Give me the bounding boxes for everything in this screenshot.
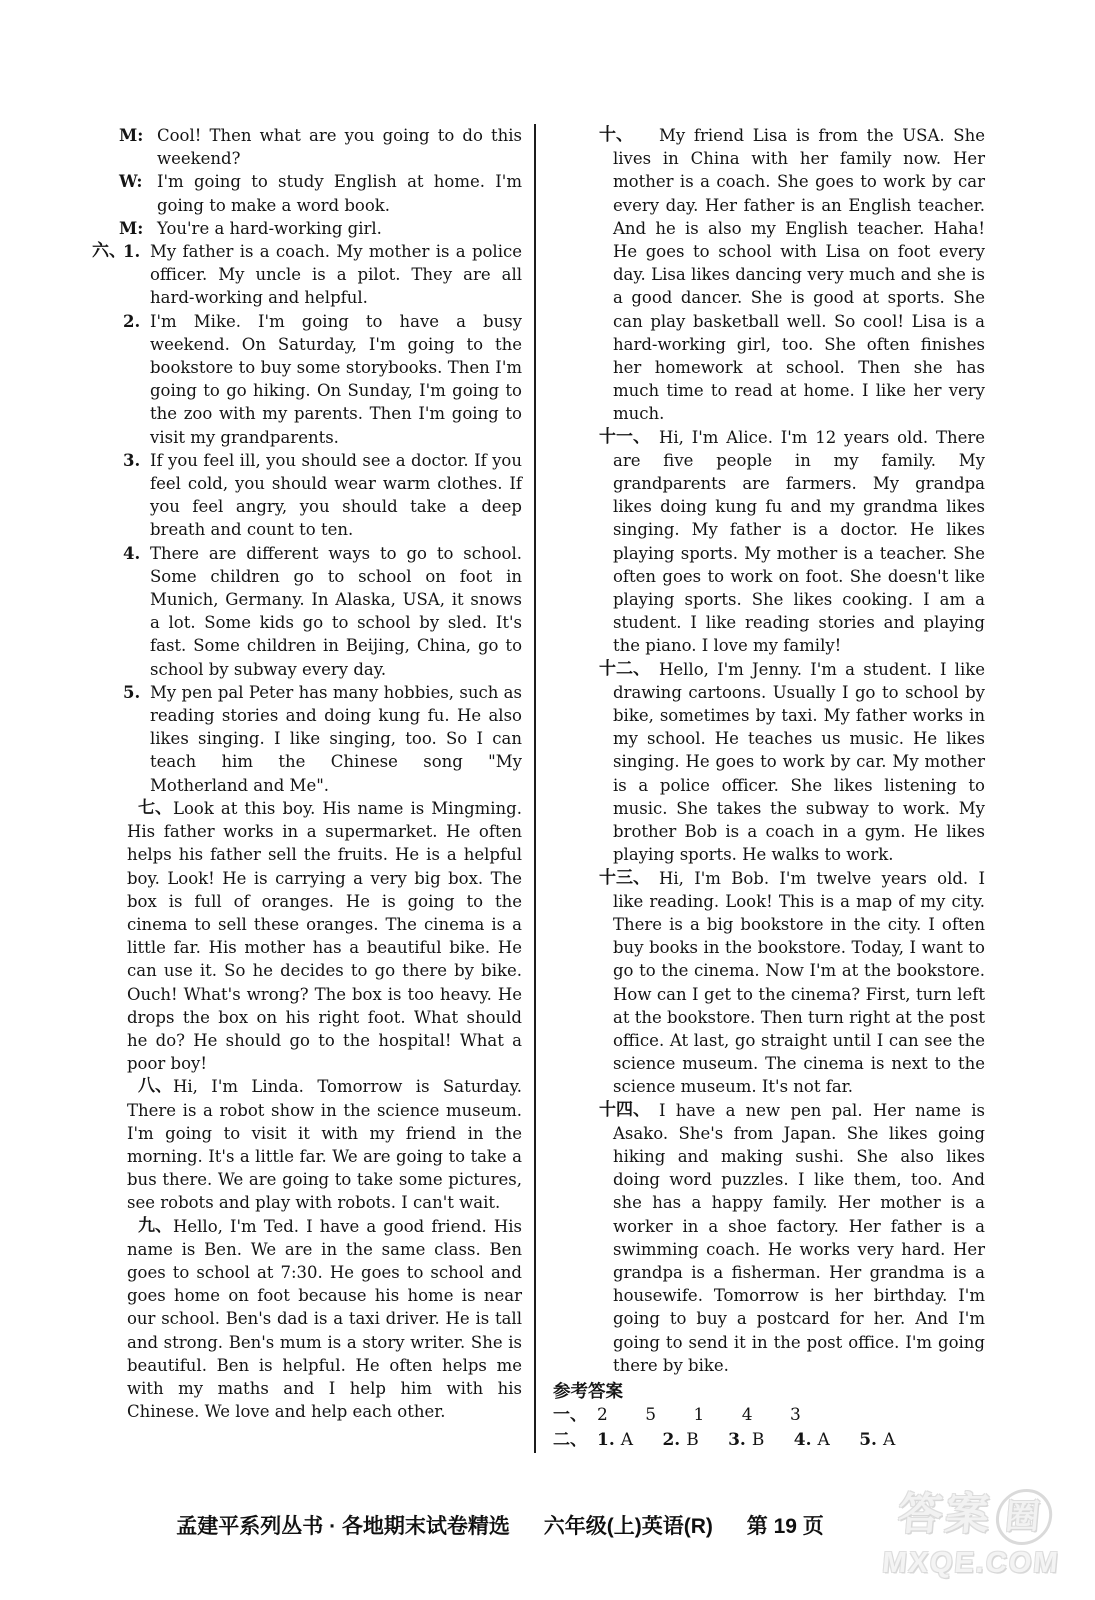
section-nine-label: 九、 bbox=[92, 1215, 172, 1238]
answers-row-one: 一、 2 5 1 4 3 bbox=[553, 1403, 985, 1428]
watermark-site-url: MXQE.COM bbox=[855, 1547, 1088, 1580]
section-seven: 七、 Look at this boy. His name is Mingmin… bbox=[94, 797, 522, 1075]
answer-pair: 1.A bbox=[597, 1428, 633, 1453]
footer-page-number: 第 19 页 bbox=[747, 1515, 824, 1538]
answer-number: 3. bbox=[728, 1430, 746, 1450]
answers-row-two: 二、 1.A 2.B 3.B 4.A 5.A bbox=[553, 1428, 985, 1453]
answer-pair: 5.A bbox=[859, 1428, 895, 1453]
answer-number: 1. bbox=[597, 1430, 615, 1450]
page-footer: 孟建平系列丛书 · 各地期末试卷精选 六年级(上)英语(R) 第 19 页 bbox=[0, 1510, 1000, 1540]
item-text: My pen pal Peter has many hobbies, such … bbox=[150, 683, 522, 795]
section-eleven: 十一、 Hi, I'm Alice. I'm 12 years old. The… bbox=[553, 426, 985, 658]
page-body: M: Cool! Then what are you going to do t… bbox=[94, 124, 985, 1453]
item-number: 3. bbox=[123, 449, 140, 472]
item-text: My father is a coach. My mother is a pol… bbox=[150, 242, 522, 307]
section-thirteen: 十三、 Hi, I'm Bob. I'm twelve years old. I… bbox=[553, 867, 985, 1099]
dialogue-text: I'm going to study English at home. I'm … bbox=[157, 172, 522, 214]
watermark-logo-text: 答案 bbox=[896, 1490, 994, 1539]
dialogue-line: M: Cool! Then what are you going to do t… bbox=[94, 124, 522, 170]
answer-pair: 2.B bbox=[662, 1428, 698, 1453]
section-text: Hello, I'm Ted. I have a good friend. Hi… bbox=[127, 1217, 522, 1422]
answers-row-one-label: 一、 bbox=[553, 1403, 587, 1428]
dialogue-text: Cool! Then what are you going to do this… bbox=[157, 126, 522, 168]
answer-value: 3 bbox=[790, 1403, 801, 1428]
section-text: Hello, I'm Jenny. I'm a student. I like … bbox=[613, 660, 985, 865]
section-six-label: 六、 bbox=[92, 240, 126, 263]
speaker-label: M: bbox=[119, 124, 143, 147]
listening-item-5: 5. My pen pal Peter has many hobbies, su… bbox=[94, 681, 522, 797]
section-nine: 九、 Hello, I'm Ted. I have a good friend.… bbox=[94, 1215, 522, 1424]
item-text: There are different ways to go to school… bbox=[150, 544, 522, 679]
watermark: 答案圈 MXQE.COM bbox=[855, 1478, 1094, 1580]
item-number: 2. bbox=[123, 310, 140, 333]
section-text: Hi, I'm Alice. I'm 12 years old. There a… bbox=[613, 428, 985, 656]
item-number: 1. bbox=[123, 240, 140, 263]
item-number: 5. bbox=[123, 681, 140, 704]
section-seven-label: 七、 bbox=[92, 797, 172, 820]
section-ten-label: 十、 bbox=[553, 124, 633, 147]
item-text: If you feel ill, you should see a doctor… bbox=[150, 451, 522, 540]
watermark-logo: 答案圈 bbox=[858, 1478, 1094, 1545]
section-eleven-label: 十一、 bbox=[553, 426, 650, 449]
section-twelve: 十二、 Hello, I'm Jenny. I'm a student. I l… bbox=[553, 658, 985, 867]
section-text: Look at this boy. His name is Mingming. … bbox=[127, 799, 522, 1073]
answer-letter: A bbox=[883, 1430, 895, 1450]
dialogue-line: W: I'm going to study English at home. I… bbox=[94, 170, 522, 216]
speaker-label: M: bbox=[119, 217, 143, 240]
listening-item-3: 3. If you feel ill, you should see a doc… bbox=[94, 449, 522, 542]
section-text: I have a new pen pal. Her name is Asako.… bbox=[613, 1101, 985, 1375]
answer-value: 4 bbox=[742, 1403, 753, 1428]
answer-pair: 3.B bbox=[728, 1428, 764, 1453]
answers-heading: 参考答案 bbox=[553, 1379, 985, 1403]
answer-letter: B bbox=[752, 1430, 765, 1450]
dialogue-line: M: You're a hard-working girl. bbox=[94, 217, 522, 240]
item-text: I'm Mike. I'm going to have a busy weeke… bbox=[150, 312, 522, 447]
answer-letter: A bbox=[818, 1430, 830, 1450]
answer-number: 5. bbox=[859, 1430, 877, 1450]
listening-item-1: 六、 1. My father is a coach. My mother is… bbox=[94, 240, 522, 310]
answer-letter: B bbox=[686, 1430, 699, 1450]
speaker-label: W: bbox=[119, 170, 143, 193]
right-column: 十、 My friend Lisa is from the USA. She l… bbox=[536, 124, 985, 1453]
answer-letter: A bbox=[621, 1430, 633, 1450]
section-eight-label: 八、 bbox=[92, 1075, 172, 1098]
section-text: Hi, I'm Linda. Tomorrow is Saturday. The… bbox=[127, 1077, 522, 1212]
section-twelve-label: 十二、 bbox=[553, 658, 650, 681]
section-fourteen-label: 十四、 bbox=[553, 1099, 650, 1122]
footer-series-title: 孟建平系列丛书 · 各地期末试卷精选 bbox=[176, 1515, 510, 1538]
listening-item-2: 2. I'm Mike. I'm going to have a busy we… bbox=[94, 310, 522, 449]
left-column: M: Cool! Then what are you going to do t… bbox=[94, 124, 536, 1453]
item-number: 4. bbox=[123, 542, 140, 565]
answer-value: 5 bbox=[645, 1403, 656, 1428]
dialogue-text: You're a hard-working girl. bbox=[157, 219, 382, 238]
answer-value: 1 bbox=[693, 1403, 704, 1428]
watermark-circle-icon: 圈 bbox=[994, 1489, 1055, 1545]
section-thirteen-label: 十三、 bbox=[553, 867, 650, 890]
section-fourteen: 十四、 I have a new pen pal. Her name is As… bbox=[553, 1099, 985, 1377]
listening-item-4: 4. There are different ways to go to sch… bbox=[94, 542, 522, 681]
section-eight: 八、 Hi, I'm Linda. Tomorrow is Saturday. … bbox=[94, 1075, 522, 1214]
answer-number: 4. bbox=[794, 1430, 812, 1450]
section-ten: 十、 My friend Lisa is from the USA. She l… bbox=[553, 124, 985, 426]
section-text: My friend Lisa is from the USA. She live… bbox=[613, 126, 985, 423]
answers-row-two-label: 二、 bbox=[553, 1428, 587, 1453]
answer-value: 2 bbox=[597, 1403, 608, 1428]
answer-pair: 4.A bbox=[794, 1428, 830, 1453]
footer-book-title: 六年级(上)英语(R) bbox=[544, 1515, 713, 1538]
answer-number: 2. bbox=[662, 1430, 680, 1450]
section-text: Hi, I'm Bob. I'm twelve years old. I lik… bbox=[613, 869, 985, 1097]
